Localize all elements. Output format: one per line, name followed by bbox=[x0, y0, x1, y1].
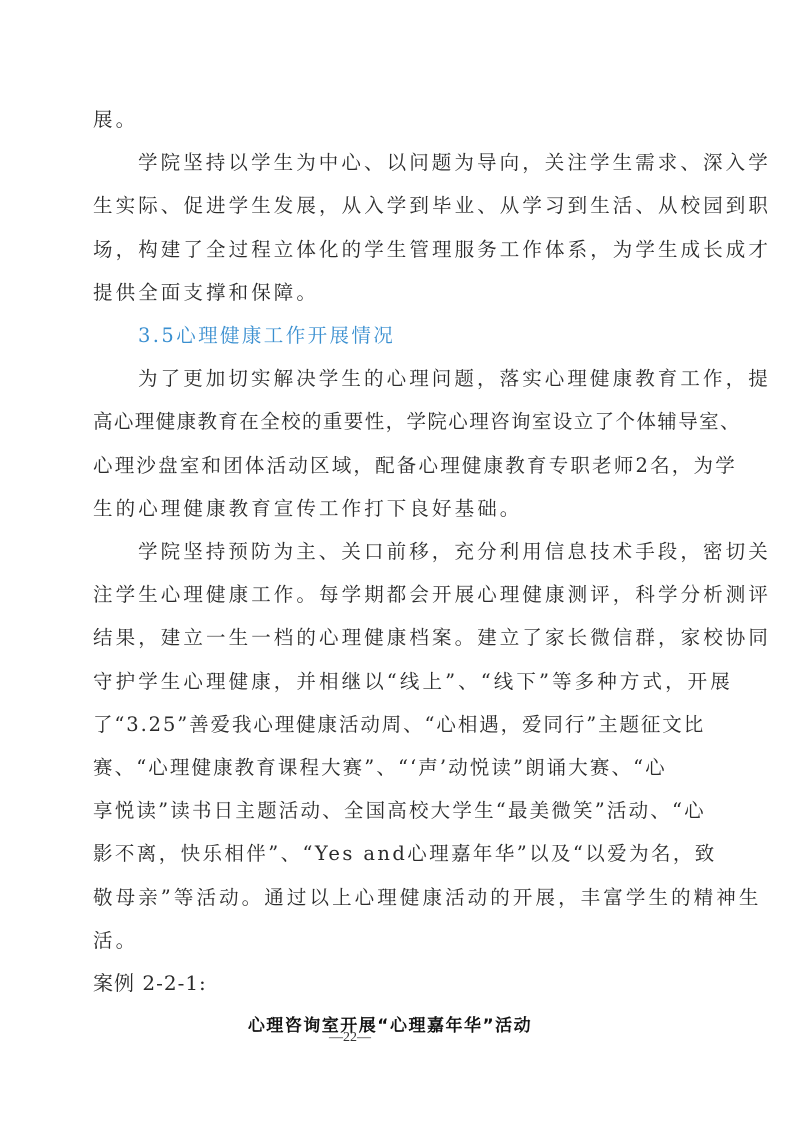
text-line: 提供全面支撑和保障。 bbox=[93, 271, 707, 314]
text-line: 活。 bbox=[93, 919, 707, 962]
text-line: 高心理健康教育在全校的重要性，学院心理咨询室设立了个体辅导室、 bbox=[93, 400, 707, 443]
text-line: 学院坚持以学生为中心、以问题为导向，关注学生需求、深入学 bbox=[93, 141, 707, 184]
text-line: 场，构建了全过程立体化的学生管理服务工作体系，为学生成长成才 bbox=[93, 228, 707, 271]
text-line: 敬母亲”等活动。通过以上心理健康活动的开展，丰富学生的精神生 bbox=[93, 876, 707, 919]
text-line: 为了更加切实解决学生的心理问题，落实心理健康教育工作，提 bbox=[93, 357, 707, 400]
paragraph-prevention: 学院坚持预防为主、关口前移，充分利用信息技术手段，密切关 注学生心理健康工作。每… bbox=[93, 530, 707, 962]
case-label: 案例 2-2-1: bbox=[93, 962, 707, 1005]
section-heading: 3.5心理健康工作开展情况 bbox=[93, 314, 707, 357]
text-line: 生的心理健康教育宣传工作打下良好基础。 bbox=[93, 487, 707, 530]
text-line: 享悦读”读书日主题活动、全国高校大学生“最美微笑”活动、“心 bbox=[93, 789, 707, 832]
paragraph-counseling-room: 为了更加切实解决学生的心理问题，落实心理健康教育工作，提 高心理健康教育在全校的… bbox=[93, 357, 707, 530]
text-line: 了“3.25”善爱我心理健康活动周、“心相遇，爱同行”主题征文比 bbox=[93, 703, 707, 746]
text-line: 注学生心理健康工作。每学期都会开展心理健康测评，科学分析测评 bbox=[93, 573, 707, 616]
paragraph-student-management: 学院坚持以学生为中心、以问题为导向，关注学生需求、深入学 生实际、促进学生发展，… bbox=[93, 141, 707, 314]
text-line: 展。 bbox=[93, 98, 707, 141]
text-line: 学院坚持预防为主、关口前移，充分利用信息技术手段，密切关 bbox=[93, 530, 707, 573]
text-line: 影不离，快乐相伴”、“Yes and心理嘉年华”以及“以爱为名，致 bbox=[93, 832, 707, 875]
page-number: —22— bbox=[0, 1030, 700, 1046]
text-line: 生实际、促进学生发展，从入学到毕业、从学习到生活、从校园到职 bbox=[93, 184, 707, 227]
text-line: 赛、“心理健康教育课程大赛”、“‘声’动悦读”朗诵大赛、“心 bbox=[93, 746, 707, 789]
text-line: 结果，建立一生一档的心理健康档案。建立了家长微信群，家校协同 bbox=[93, 616, 707, 659]
text-line: 守护学生心理健康，并相继以“线上”、“线下”等多种方式，开展 bbox=[93, 660, 707, 703]
paragraph-continuation: 展。 bbox=[93, 98, 707, 141]
document-page: 展。 学院坚持以学生为中心、以问题为导向，关注学生需求、深入学 生实际、促进学生… bbox=[93, 98, 707, 1036]
text-line: 心理沙盘室和团体活动区域，配备心理健康教育专职老师2名，为学 bbox=[93, 444, 707, 487]
